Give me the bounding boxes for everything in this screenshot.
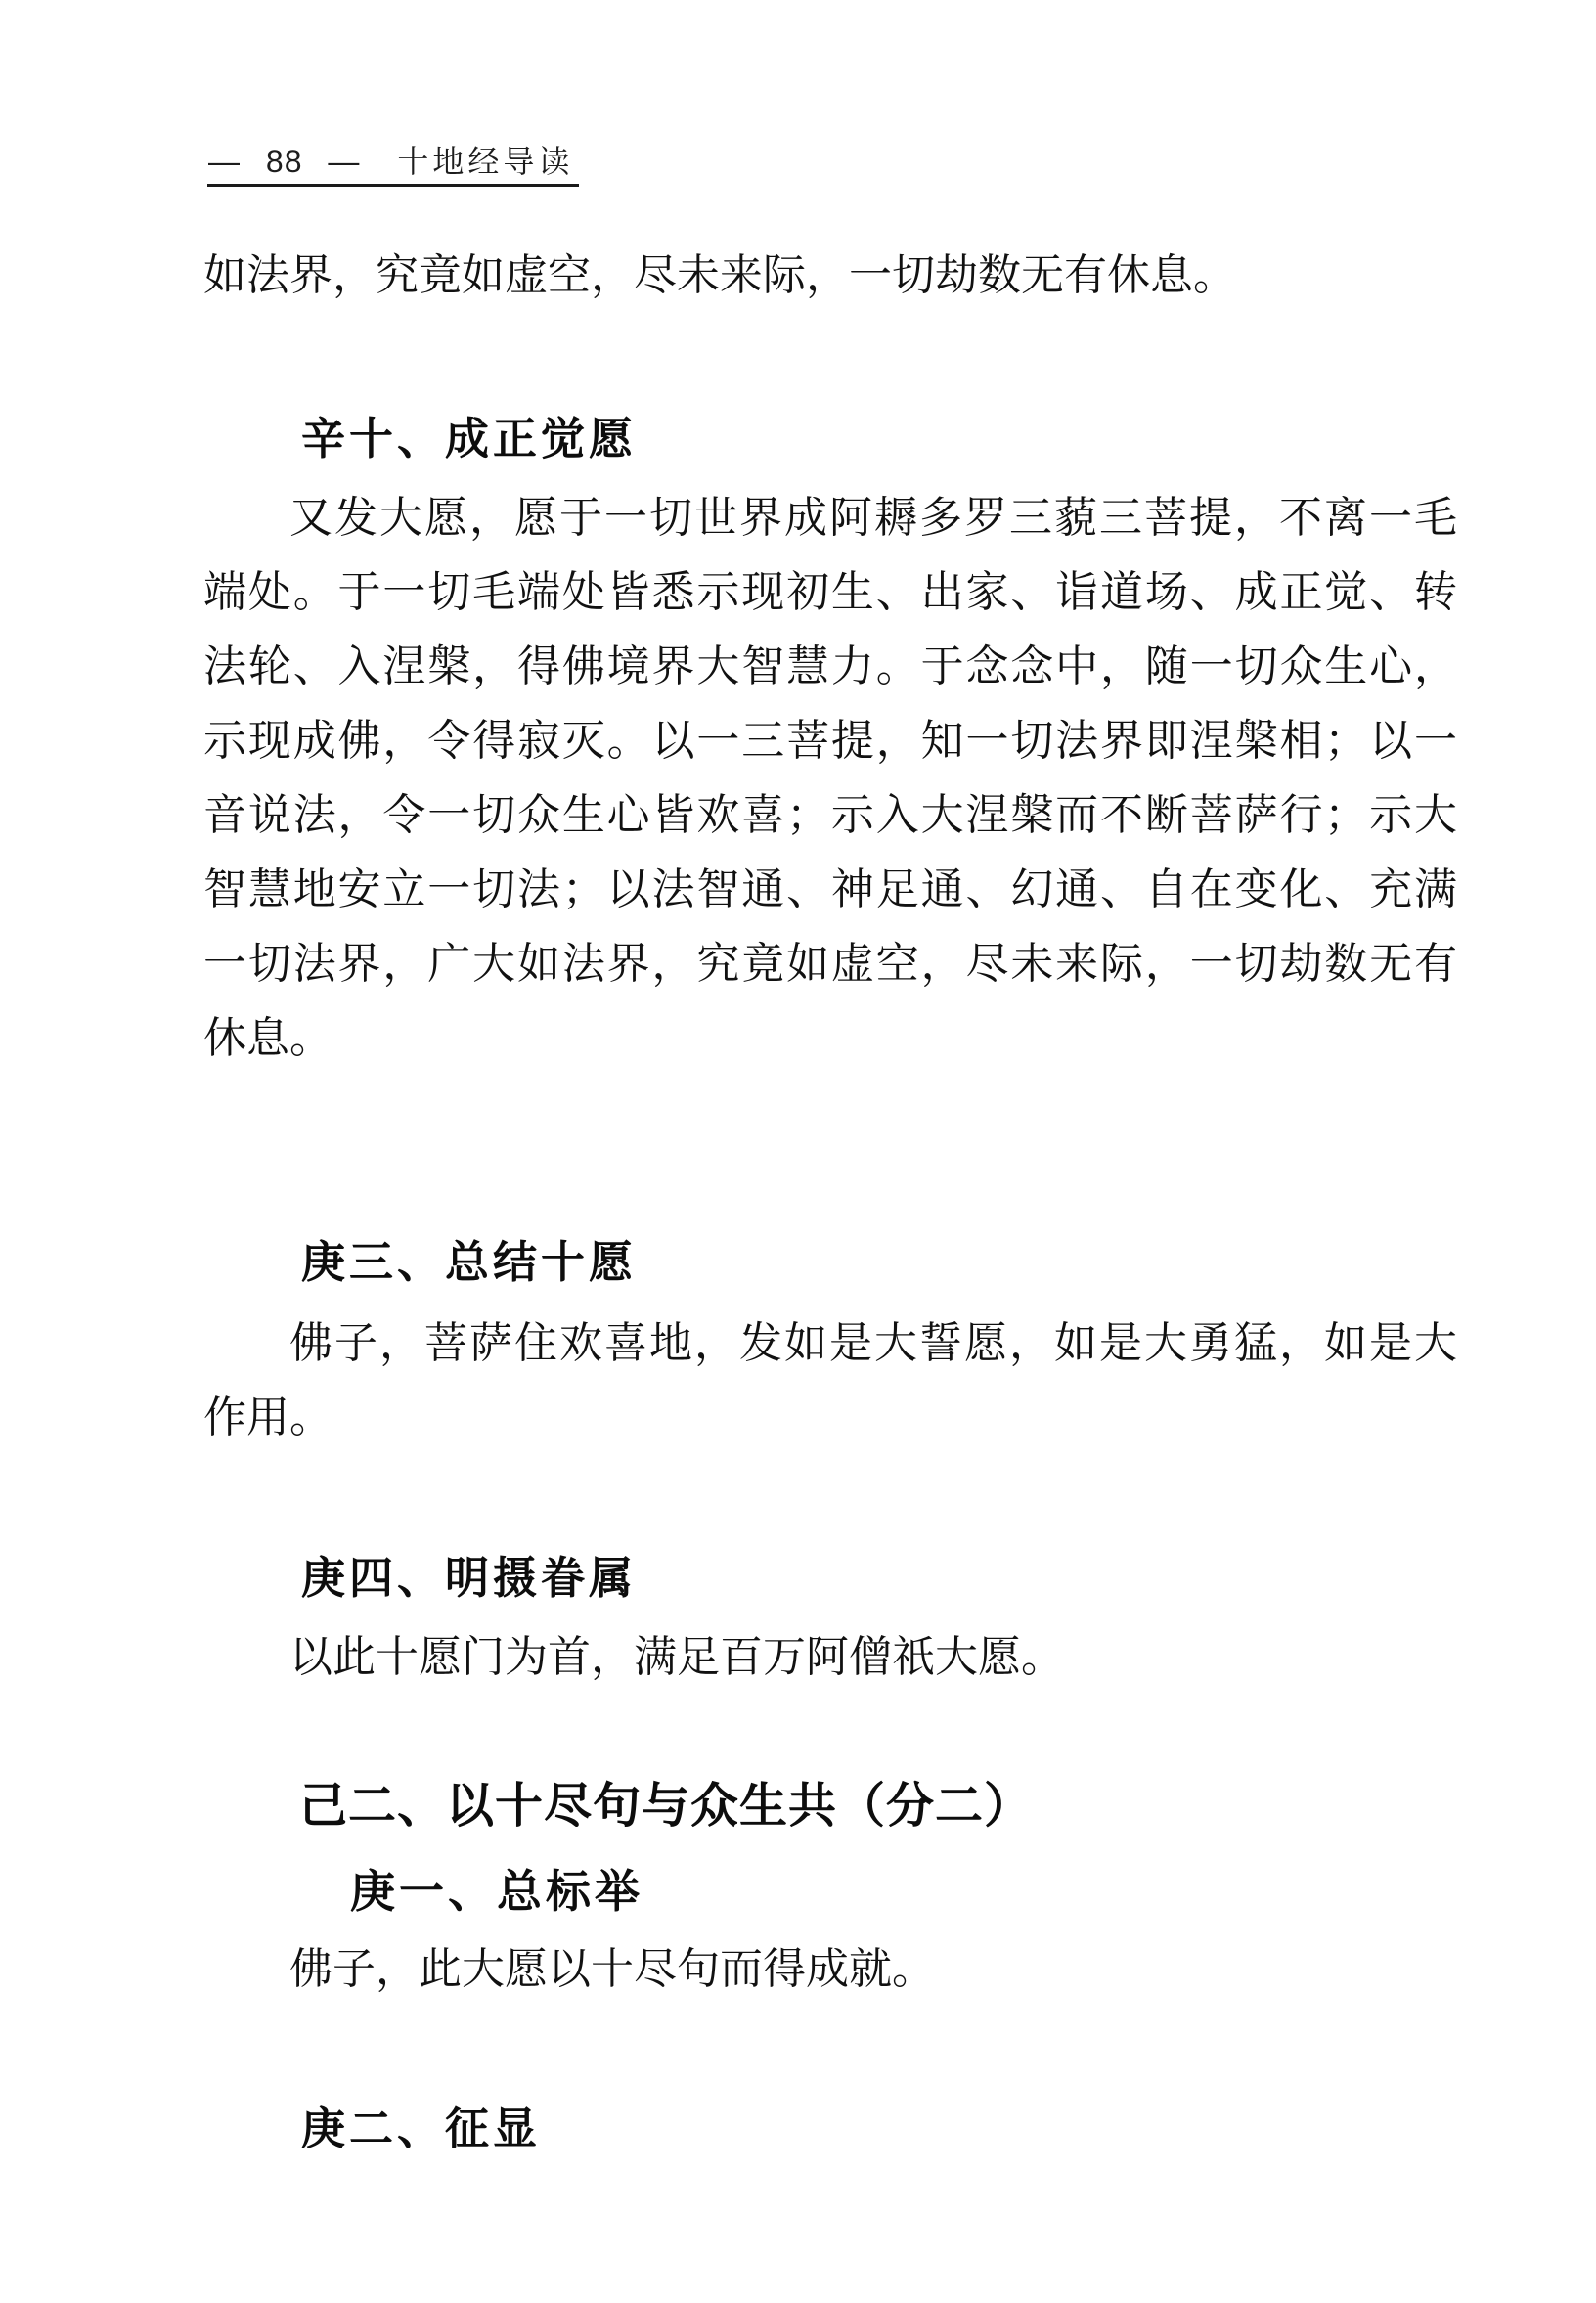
paragraph-cheng-zheng-jue-yuan: 又发大愿，愿于一切世界成阿耨多罗三藐三菩提，不离一毛端处。于一切毛端处皆悉示现初… bbox=[203, 481, 1457, 1076]
header-rule bbox=[207, 184, 579, 187]
paragraph-zongjie-shiyuan-line-2: 作用。 bbox=[203, 1381, 1457, 1455]
heading-geng-one-zong-biao-ju: 庚一、总标举 bbox=[203, 1863, 1596, 1920]
paragraph-cheng-zheng-jue-yuan-line-8: 休息。 bbox=[203, 1001, 1457, 1076]
continuation-line-line-1: 如法界，究竟如虚空，尽未来际，一切劫数无有休息。 bbox=[203, 239, 1457, 313]
paragraph-cheng-zheng-jue-yuan-line-3: 法轮、入涅槃，得佛境界大智慧力。于念念中，随一切众生心， bbox=[203, 630, 1457, 704]
heading-geng-three-zongjie-shiyuan: 庚三、总结十愿 bbox=[203, 1234, 1555, 1291]
heading-geng-four-ming-she-juanshu: 庚四、明摄眷属 bbox=[203, 1550, 1555, 1607]
paragraph-cheng-zheng-jue-yuan-line-2: 端处。于一切毛端处皆悉示现初生、出家、诣道场、成正觉、转 bbox=[203, 555, 1457, 630]
paragraph-cheng-zheng-jue-yuan-line-4: 示现成佛，令得寂灭。以一三菩提，知一切法界即涅槃相；以一 bbox=[203, 704, 1457, 778]
page-number: — 88 — bbox=[208, 144, 360, 180]
paragraph-cheng-zheng-jue-yuan-line-5: 音说法，令一切众生心皆欢喜；示入大涅槃而不断菩萨行；示大 bbox=[203, 778, 1457, 853]
paragraph-ming-she-juanshu-line-1: 以此十愿门为首，满足百万阿僧祇大愿。 bbox=[203, 1620, 1457, 1695]
paragraph-cheng-zheng-jue-yuan-line-7: 一切法界，广大如法界，究竟如虚空，尽未来际，一切劫数无有 bbox=[203, 927, 1457, 1001]
paragraph-cheng-zheng-jue-yuan-line-1: 又发大愿，愿于一切世界成阿耨多罗三藐三菩提，不离一毛 bbox=[203, 481, 1457, 555]
paragraph-zongjie-shiyuan-line-1: 佛子，菩萨住欢喜地，发如是大誓愿，如是大勇猛，如是大 bbox=[203, 1307, 1457, 1381]
paragraph-ming-she-juanshu: 以此十愿门为首，满足百万阿僧祇大愿。 bbox=[203, 1620, 1457, 1695]
paragraph-cheng-zheng-jue-yuan-line-6: 智慧地安立一切法；以法智通、神足通、幻通、自在变化、充满 bbox=[203, 853, 1457, 927]
paragraph-zong-biao-ju-line-1: 佛子，此大愿以十尽句而得成就。 bbox=[203, 1932, 1457, 2007]
running-header: — 88 — 十地经导读 bbox=[208, 137, 573, 182]
heading-geng-two-zheng-xian: 庚二、征显 bbox=[203, 2101, 1555, 2157]
book-page: — 88 — 十地经导读 如法界，究竟如虚空，尽未来际，一切劫数无有休息。辛十、… bbox=[0, 0, 1596, 2303]
heading-ji-two-shi-jin-ju: 己二、以十尽句与众生共（分二） bbox=[203, 1778, 1553, 1835]
continuation-line: 如法界，究竟如虚空，尽未来际，一切劫数无有休息。 bbox=[203, 239, 1457, 313]
paragraph-zong-biao-ju: 佛子，此大愿以十尽句而得成就。 bbox=[203, 1932, 1457, 2007]
heading-xin-ten-cheng-zheng-jue-yuan: 辛十、成正觉愿 bbox=[203, 411, 1555, 467]
book-title: 十地经导读 bbox=[397, 137, 573, 182]
paragraph-zongjie-shiyuan: 佛子，菩萨住欢喜地，发如是大誓愿，如是大勇猛，如是大作用。 bbox=[203, 1307, 1457, 1455]
